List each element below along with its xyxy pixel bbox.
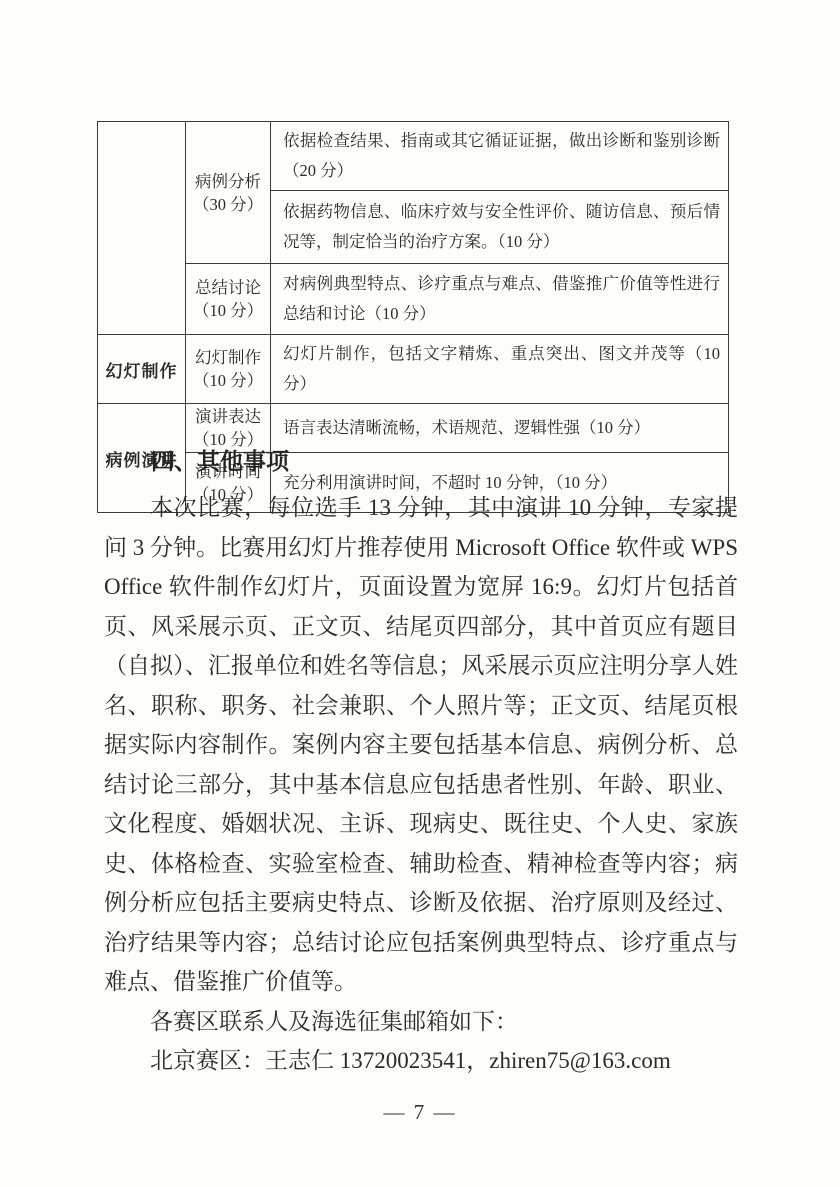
table-cell-criterion: 依据药物信息、临床疗效与安全性评价、随访信息、预后情况等，制定恰当的治疗方案。（…	[271, 191, 729, 264]
section-heading: 四、其他事项	[104, 443, 738, 476]
table-cell-item-slides: 幻灯制作 （10 分）	[186, 335, 271, 404]
item-score: （10 分）	[187, 299, 269, 322]
table-cell-item-analysis: 病例分析 （30 分）	[186, 122, 271, 264]
table-cell-category-continued	[98, 122, 186, 335]
table-row: 总结讨论 （10 分） 对病例典型特点、诊疗重点与难点、借鉴推广价值等性进行总结…	[98, 264, 729, 335]
document-page: 病例分析 （30 分） 依据检查结果、指南或其它循证证据，做出诊断和鉴别诊断（2…	[0, 0, 840, 1187]
table-cell-criterion: 对病例典型特点、诊疗重点与难点、借鉴推广价值等性进行总结和讨论（10 分）	[271, 264, 729, 335]
table-cell-category-slides: 幻灯制作	[98, 335, 186, 404]
item-score: （10 分）	[187, 369, 269, 392]
table-row: 幻灯制作 幻灯制作 （10 分） 幻灯片制作，包括文字精炼、重点突出、图文并茂等…	[98, 335, 729, 404]
contacts-intro: 各赛区联系人及海选征集邮箱如下：	[104, 1002, 738, 1042]
table-cell-item-summary: 总结讨论 （10 分）	[186, 264, 271, 335]
item-name: 演讲表达	[187, 405, 269, 428]
table-cell-criterion: 依据检查结果、指南或其它循证证据，做出诊断和鉴别诊断（20 分）	[271, 122, 729, 191]
item-score: （30 分）	[187, 193, 269, 216]
item-name: 病例分析	[187, 170, 269, 193]
contact-line-beijing: 北京赛区：王志仁 13720023541，zhiren75@163.com	[104, 1041, 738, 1081]
body-text-block: 四、其他事项 本次比赛，每位选手 13 分钟，其中演讲 10 分钟，专家提问 3…	[104, 443, 738, 1081]
item-name: 总结讨论	[187, 276, 269, 299]
table-row: 病例分析 （30 分） 依据检查结果、指南或其它循证证据，做出诊断和鉴别诊断（2…	[98, 122, 729, 191]
page-number: — 7 —	[0, 1100, 840, 1125]
section-paragraph: 本次比赛，每位选手 13 分钟，其中演讲 10 分钟，专家提问 3 分钟。比赛用…	[104, 488, 738, 1002]
table-cell-criterion: 幻灯片制作，包括文字精炼、重点突出、图文并茂等（10 分）	[271, 335, 729, 404]
item-name: 幻灯制作	[187, 346, 269, 369]
